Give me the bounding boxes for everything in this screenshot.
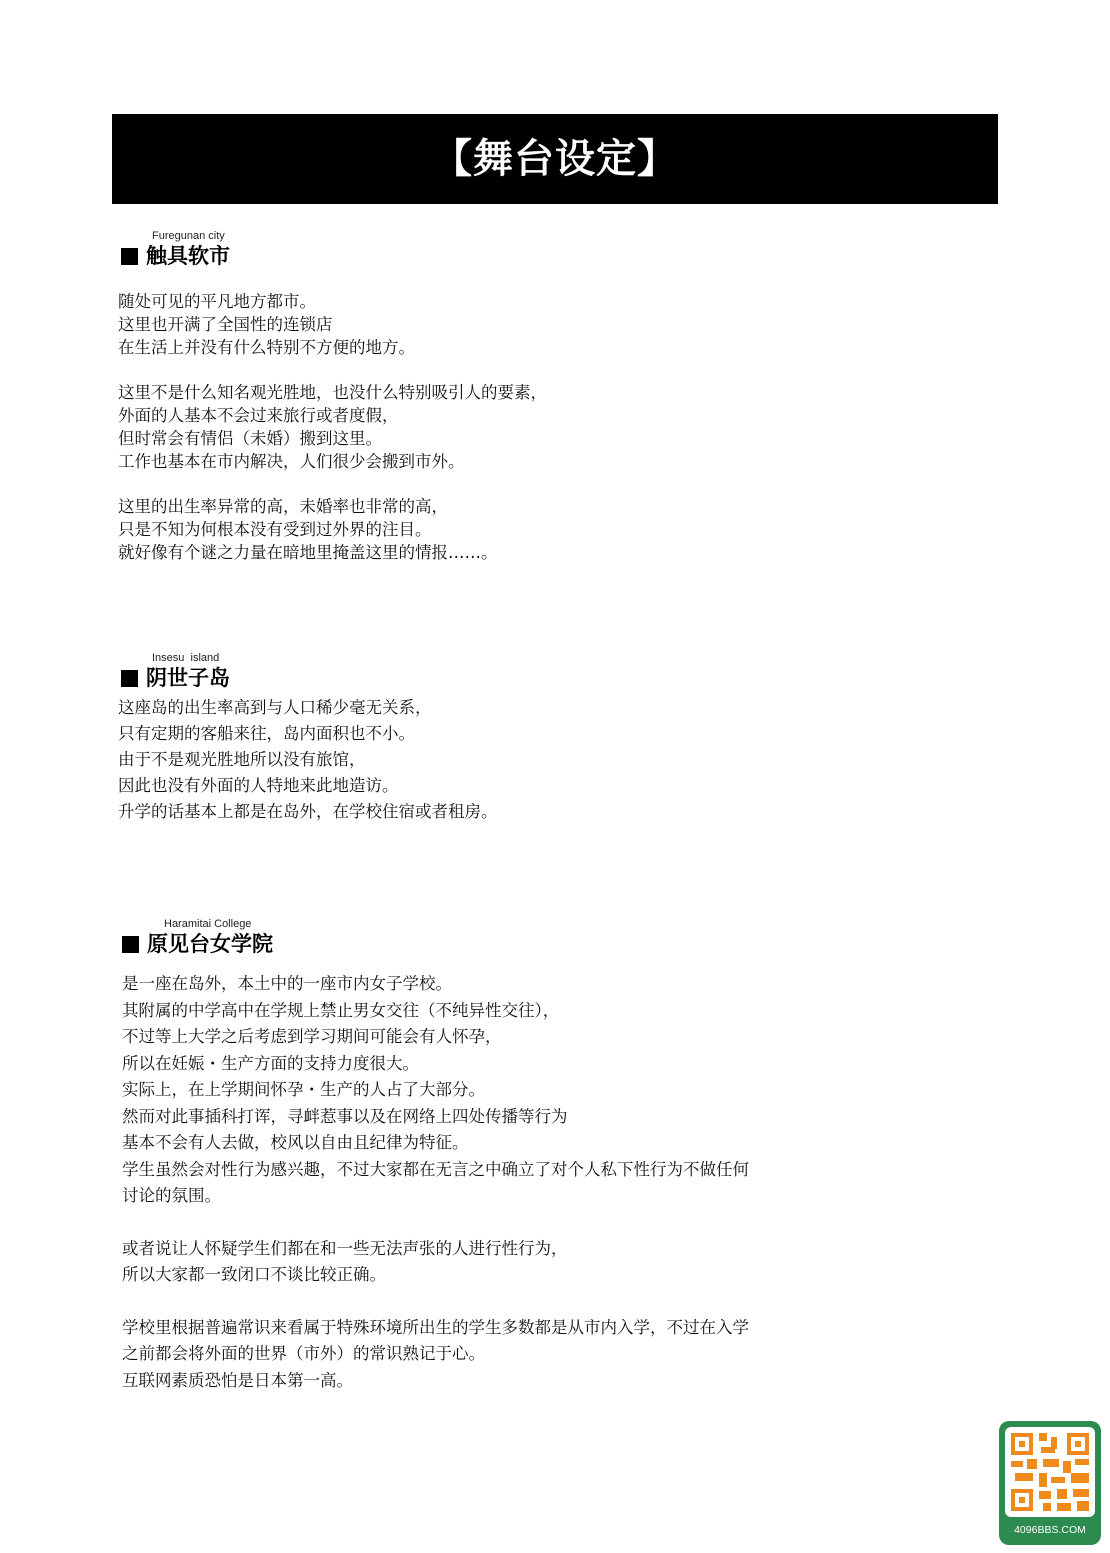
section-heading: 原见台女学院: [122, 931, 749, 957]
body-line: 是一座在岛外，本土中的一座市内女子学校。: [122, 971, 749, 998]
section-body: 这座岛的出生率高到与人口稀少毫无关系， 只有定期的客船来往，岛内面积也不小。 由…: [118, 695, 498, 825]
body-line: 之前都会将外面的世界（市外）的常识熟记于心。: [122, 1341, 749, 1368]
body-line: 就好像有个谜之力量在暗地里掩盖这里的情报……。: [118, 541, 547, 564]
body-line: 然而对此事插科打诨，寻衅惹事以及在网络上四处传播等行为: [122, 1104, 749, 1131]
body-line: 这里的出生率异常的高，未婚率也非常的高，: [118, 495, 547, 518]
section-heading-text: 原见台女学院: [147, 931, 273, 957]
body-line: 但时常会有情侣（未婚）搬到这里。: [118, 427, 547, 450]
body-line: 讨论的氛围。: [122, 1183, 749, 1210]
body-line: 所以大家都一致闭口不谈比较正确。: [122, 1262, 749, 1289]
body-line: 工作也基本在市内解决，人们很少会搬到市外。: [118, 450, 547, 473]
section-heading: 触具软市: [118, 243, 547, 269]
title-banner: 【舞台设定】: [112, 114, 998, 204]
body-line: 随处可见的平凡地方都市。: [118, 290, 547, 313]
watermark-label: 4096BBS.COM: [1005, 1524, 1095, 1536]
section-subtitle: Furegunan city: [152, 230, 547, 243]
body-line: 因此也没有外面的人特地来此地造访。: [118, 773, 498, 799]
qr-code-icon: [1005, 1427, 1095, 1517]
section-subtitle: Insesu island: [152, 652, 498, 665]
body-line: 基本不会有人去做，校风以自由且纪律为特征。: [122, 1130, 749, 1157]
body-line: 这里不是什么知名观光胜地，也没什么特别吸引人的要素，: [118, 381, 547, 404]
body-line: 或者说让人怀疑学生们都在和一些无法声张的人进行性行为，: [122, 1236, 749, 1263]
section-heading-text: 触具软市: [146, 243, 230, 269]
section-body: 是一座在岛外，本土中的一座市内女子学校。 其附属的中学高中在学规上禁止男女交往（…: [122, 971, 749, 1394]
body-line: 只是不知为何根本没有受到过外界的注目。: [118, 518, 547, 541]
section-subtitle: Haramitai College: [164, 918, 749, 931]
square-bullet-icon: [121, 670, 138, 687]
body-line: 只有定期的客船来往，岛内面积也不小。: [118, 721, 498, 747]
body-line: 其附属的中学高中在学规上禁止男女交往（不纯异性交往），: [122, 998, 749, 1025]
section-haramitai-college: Haramitai College 原见台女学院 是一座在岛外，本土中的一座市内…: [122, 918, 749, 1394]
body-line: 学校里根据普遍常识来看属于特殊环境所出生的学生多数都是从市内入学，不过在入学: [122, 1315, 749, 1342]
body-line: 不过等上大学之后考虑到学习期间可能会有人怀孕，: [122, 1024, 749, 1051]
watermark-badge[interactable]: 4096BBS.COM: [999, 1421, 1101, 1545]
body-line: 升学的话基本上都是在岛外，在学校住宿或者租房。: [118, 799, 498, 825]
section-insesu-island: Insesu island 阴世子岛 这座岛的出生率高到与人口稀少毫无关系， 只…: [118, 652, 498, 825]
section-heading: 阴世子岛: [118, 665, 498, 691]
section-heading-text: 阴世子岛: [146, 665, 230, 691]
body-line: 这里也开满了全国性的连锁店: [118, 313, 547, 336]
body-line: 学生虽然会对性行为感兴趣，不过大家都在无言之中确立了对个人私下性行为不做任何: [122, 1157, 749, 1184]
square-bullet-icon: [122, 936, 139, 953]
body-line: 互联网素质恐怕是日本第一高。: [122, 1368, 749, 1395]
body-line: 这座岛的出生率高到与人口稀少毫无关系，: [118, 695, 498, 721]
body-line: 由于不是观光胜地所以没有旅馆，: [118, 747, 498, 773]
square-bullet-icon: [121, 248, 138, 265]
section-furegunan-city: Furegunan city 触具软市 随处可见的平凡地方都市。 这里也开满了全…: [118, 230, 547, 564]
body-line: 实际上，在上学期间怀孕・生产的人占了大部分。: [122, 1077, 749, 1104]
body-line: 外面的人基本不会过来旅行或者度假，: [118, 404, 547, 427]
body-line: 在生活上并没有什么特别不方便的地方。: [118, 336, 547, 359]
page-title: 【舞台设定】: [432, 139, 678, 179]
body-line: 所以在妊娠・生产方面的支持力度很大。: [122, 1051, 749, 1078]
section-body: 随处可见的平凡地方都市。 这里也开满了全国性的连锁店 在生活上并没有什么特别不方…: [118, 290, 547, 564]
